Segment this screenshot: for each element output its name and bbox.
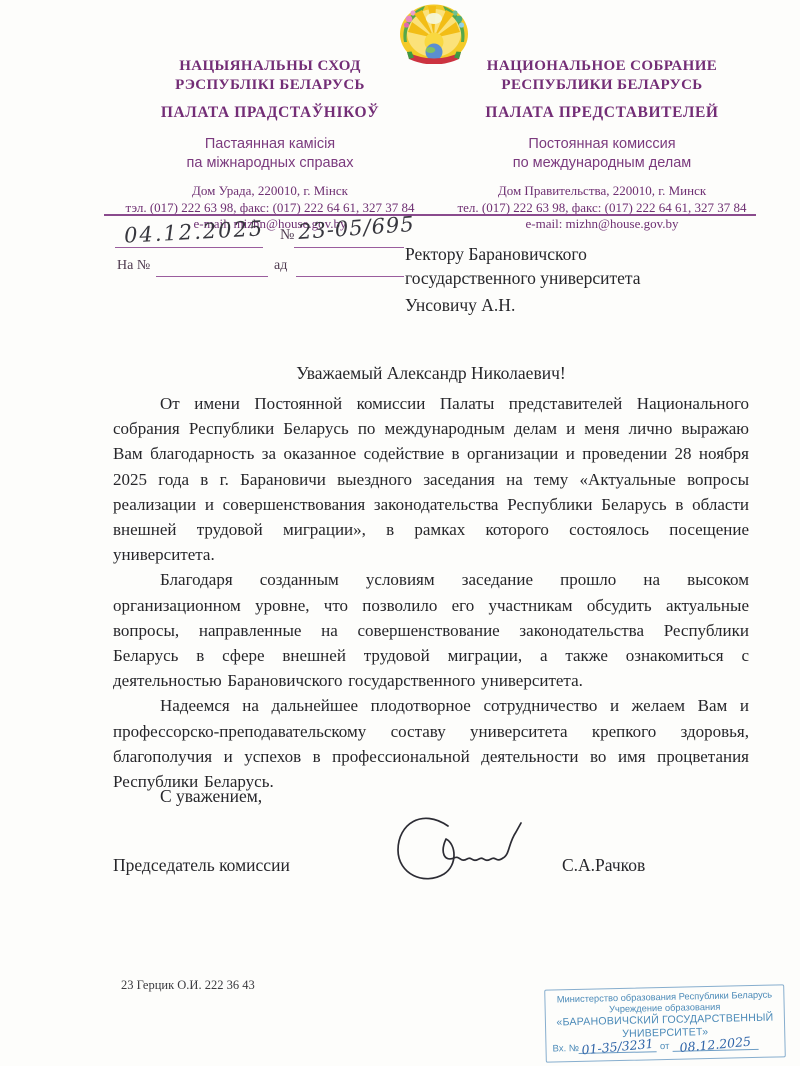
executor-note: 23 Герцик О.И. 222 36 43 [121, 978, 255, 993]
incoming-registration-stamp: Министерство образования Республики Бела… [544, 984, 786, 1062]
assembly-title-ru: НАЦИОНАЛЬНОЕ СОБРАНИЕ РЕСПУБЛИКИ БЕЛАРУС… [448, 57, 756, 95]
addressee-line1: Ректору Барановичского [405, 243, 641, 267]
date-underline [115, 247, 263, 248]
letterhead-belarusian: НАЦЫЯНАЛЬНЫ СХОД РЭСПУБЛІКІ БЕЛАРУСЬ ПАЛ… [112, 57, 428, 233]
incoming-ref-underline [156, 276, 268, 277]
paragraph-2: Благодаря созданным условиям заседание п… [113, 567, 749, 693]
incoming-ref-label: На № [117, 258, 150, 274]
number-underline [294, 247, 404, 248]
handwritten-signature [388, 806, 560, 892]
signer-position: Председатель комиссии [113, 855, 290, 876]
addressee-name: Унсовичу А.Н. [405, 294, 641, 318]
assembly-title-be: НАЦЫЯНАЛЬНЫ СХОД РЭСПУБЛІКІ БЕЛАРУСЬ [112, 57, 428, 95]
chamber-title-be: ПАЛАТА ПРАДСТАЎНІКОЎ [112, 104, 428, 122]
contact-info-ru: Дом Правительства, 220010, г. Минск тел.… [448, 183, 756, 233]
signer-name: С.А.Рачков [562, 855, 645, 876]
chamber-title-ru: ПАЛАТА ПРЕДСТАВИТЕЛЕЙ [448, 104, 756, 122]
closing-phrase: С уважением, [160, 786, 262, 807]
salutation: Уважаемый Александр Николаевич! [113, 363, 749, 384]
letter-body: От имени Постоянной комиссии Палаты пред… [113, 391, 749, 794]
address-be: Дом Урада, 220010, г. Мінск [112, 183, 428, 200]
from-date-label: ад [274, 258, 287, 274]
number-sign-label: № [280, 227, 294, 244]
addressee-block: Ректору Барановичского государственного … [405, 243, 641, 318]
letterhead-divider-rule [104, 214, 756, 216]
addressee-line2: государственного университета [405, 267, 641, 291]
stamp-from-label: от [660, 1041, 670, 1052]
stamp-handwritten-number: 01-35/3231 [582, 1039, 655, 1056]
paragraph-3: Надеемся на дальнейшее плодотворное сотр… [113, 693, 749, 794]
scanned-letter-page: НАЦЫЯНАЛЬНЫ СХОД РЭСПУБЛІКІ БЕЛАРУСЬ ПАЛ… [0, 0, 800, 1066]
stamp-handwritten-date: 08.12.2025 [679, 1037, 751, 1054]
email-ru: e-mail: mizhn@house.gov.by [448, 216, 756, 233]
address-ru: Дом Правительства, 220010, г. Минск [448, 183, 756, 200]
paragraph-1: От имени Постоянной комиссии Палаты пред… [113, 391, 749, 567]
commission-name-ru: Постоянная комиссия по международным дел… [448, 135, 756, 173]
belarus-coat-of-arms-icon [398, 2, 470, 64]
letterhead-russian: НАЦИОНАЛЬНОЕ СОБРАНИЕ РЕСПУБЛИКИ БЕЛАРУС… [448, 57, 756, 233]
from-date-underline [296, 276, 404, 277]
stamp-date-underline: 08.12.2025 [672, 1039, 758, 1052]
commission-name-be: Пастаянная камісія па міжнародных справа… [112, 135, 428, 173]
stamp-number-underline: 01-35/3231 [579, 1041, 657, 1054]
stamp-incoming-label: Вх. № [552, 1043, 579, 1055]
